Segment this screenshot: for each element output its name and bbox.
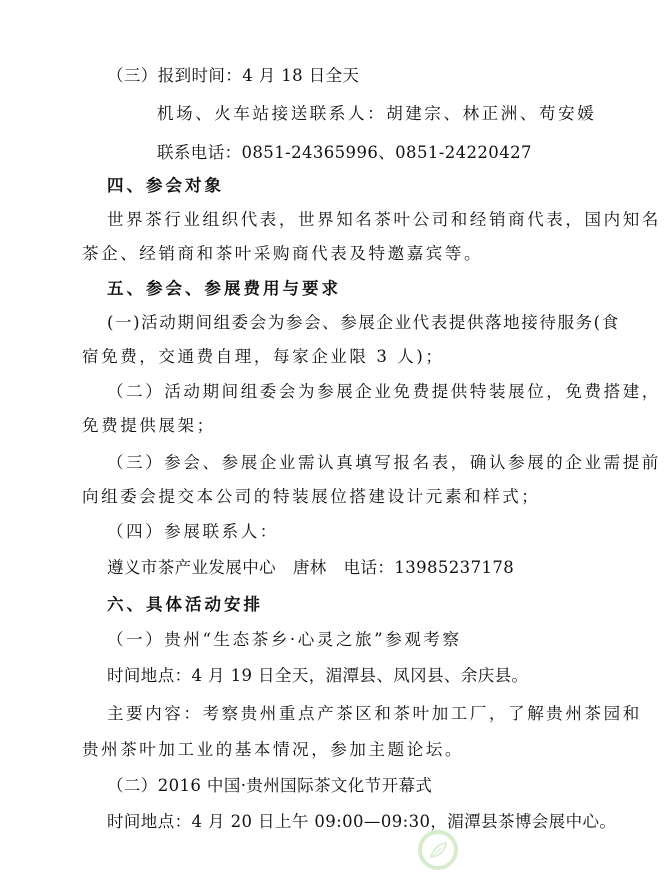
section-4-heading: 四、参会对象 bbox=[107, 176, 224, 196]
pickup-contacts: 机场、火车站接送联系人：胡建宗、林正洲、苟安媛 bbox=[157, 104, 596, 124]
section-6-item-1-title: （一）贵州“生态茶乡·心灵之旅”参观考察 bbox=[107, 630, 462, 650]
section-6-item-2-title: （二）2016 中国·贵州国际茶文化节开幕式 bbox=[107, 776, 432, 796]
section-6-item-1-content-line-2: 贵州茶叶加工业的基本情况，参加主题论坛。 bbox=[82, 740, 464, 760]
section-5-item-4: （四）参展联系人： bbox=[107, 522, 279, 542]
contact-phone: 联系电话：0851-24365996、0851-24220427 bbox=[157, 143, 532, 163]
section-5-item-1-line-2: 宿免费，交通费自理，每家企业限 3 人)； bbox=[82, 347, 445, 367]
section-5-item-3-line-1: （三）参会、参展企业需认真填写报名表，确认参展的企业需提前 bbox=[107, 453, 661, 473]
registration-time: （三）报到时间：4 月 18 日全天 bbox=[107, 66, 359, 86]
section-5-item-2-line-1: （二）活动期间组委会为参展企业免费提供特装展位，免费搭建， bbox=[107, 382, 661, 402]
section-5-item-3-line-2: 向组委会提交本公司的特装展位搭建设计元素和样式； bbox=[82, 487, 540, 507]
exhibition-contact: 遵义市茶产业发展中心 唐林 电话：13985237178 bbox=[107, 558, 514, 578]
section-4-paragraph-line-1: 世界茶行业组织代表，世界知名茶叶公司和经销商代表，国内知名 bbox=[107, 210, 661, 230]
leaf-glyph-icon bbox=[427, 839, 449, 861]
section-4-paragraph-line-2: 茶企、经销商和茶叶采购商代表及特邀嘉宾等。 bbox=[82, 244, 483, 264]
document-page: （三）报到时间：4 月 18 日全天 机场、火车站接送联系人：胡建宗、林正洲、苟… bbox=[0, 0, 671, 885]
leaf-logo-icon bbox=[418, 830, 458, 870]
section-5-item-2-line-2: 免费提供展架； bbox=[82, 416, 216, 436]
section-6-item-2-time: 时间地点：4 月 20 日上午 09:00—09:30，湄潭县茶博会展中心。 bbox=[107, 812, 616, 832]
section-6-item-1-content-line-1: 主要内容：考察贵州重点产茶区和茶叶加工厂，了解贵州茶园和 bbox=[107, 704, 642, 724]
section-6-item-1-time: 时间地点：4 月 19 日全天，湄潭县、凤冈县、余庆县。 bbox=[107, 666, 528, 686]
section-6-heading: 六、具体活动安排 bbox=[107, 595, 263, 615]
section-5-heading: 五、参会、参展费用与要求 bbox=[107, 279, 341, 299]
section-5-item-1-line-1: (一)活动期间组委会为参会、参展企业代表提供落地接待服务(食 bbox=[107, 313, 620, 333]
